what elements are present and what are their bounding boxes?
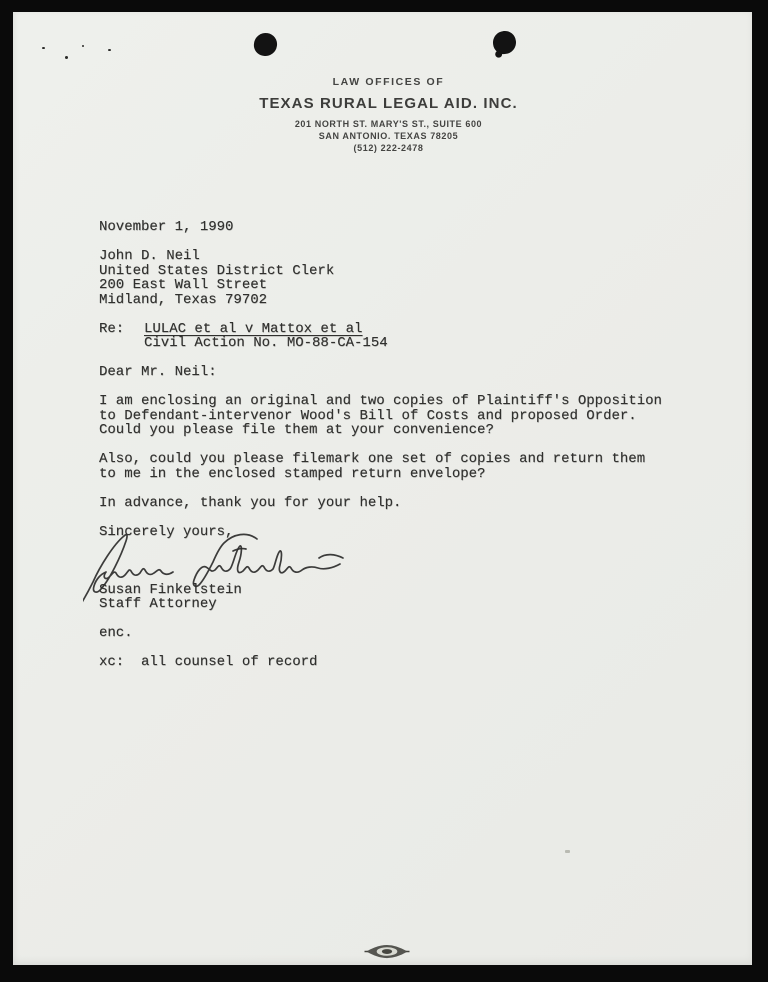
blank-line	[99, 612, 662, 627]
scan-speck	[82, 45, 84, 47]
scanned-letter-screenshot: { "colors": { "background": "#0a0a0a", "…	[0, 0, 768, 982]
scan-speck	[108, 49, 111, 51]
handwritten-signature	[83, 528, 373, 608]
paragraph2-line1: Also, could you please filemark one set …	[99, 452, 662, 467]
thanks-line: In advance, thank you for your help.	[99, 496, 662, 511]
blank-line	[99, 510, 662, 525]
letterhead: LAW OFFICES OF TEXAS RURAL LEGAL AID. IN…	[19, 76, 758, 154]
paragraph1-line1: I am enclosing an original and two copie…	[99, 394, 662, 409]
paragraph1-line2: to Defendant-intervenor Wood's Bill of C…	[99, 409, 662, 424]
re-label: Re:	[99, 322, 144, 337]
hole-punch-left	[253, 32, 279, 58]
cc-line: xc: all counsel of record	[99, 655, 662, 670]
enclosure-note: enc.	[99, 626, 662, 641]
letter-page: LAW OFFICES OF TEXAS RURAL LEGAL AID. IN…	[13, 12, 752, 965]
paragraph2-line2: to me in the enclosed stamped return env…	[99, 467, 662, 482]
blank-line	[99, 438, 662, 453]
recipient-city: Midland, Texas 79702	[99, 293, 662, 308]
letterhead-phone: (512) 222-2478	[19, 142, 758, 154]
blank-line	[99, 641, 662, 656]
blank-line	[99, 351, 662, 366]
date-line: November 1, 1990	[99, 220, 662, 235]
scan-speck	[565, 850, 570, 853]
letterhead-city-address: SAN ANTONIO. TEXAS 78205	[19, 130, 758, 142]
letterhead-firm-name: TEXAS RURAL LEGAL AID. INC.	[19, 95, 758, 113]
scan-speck	[42, 47, 45, 49]
blank-line	[99, 481, 662, 496]
blank-line	[99, 235, 662, 250]
letterhead-offices-line: LAW OFFICES OF	[19, 76, 758, 89]
blank-line	[99, 380, 662, 395]
case-number-line: Civil Action No. MO-88-CA-154	[99, 336, 662, 351]
blank-line	[99, 307, 662, 322]
hole-punch-right	[492, 30, 517, 55]
letterhead-street-address: 201 NORTH ST. MARY'S ST., SUITE 600	[19, 118, 758, 130]
paragraph1-line3: Could you please file them at your conve…	[99, 423, 662, 438]
re-line: Re:LULAC et al v Mattox et al	[99, 322, 662, 337]
recipient-street: 200 East Wall Street	[99, 278, 662, 293]
salutation: Dear Mr. Neil:	[99, 365, 662, 380]
ornament-stamp-icon	[363, 944, 411, 959]
scan-speck	[65, 56, 68, 59]
recipient-name: John D. Neil	[99, 249, 662, 264]
recipient-title: United States District Clerk	[99, 264, 662, 279]
